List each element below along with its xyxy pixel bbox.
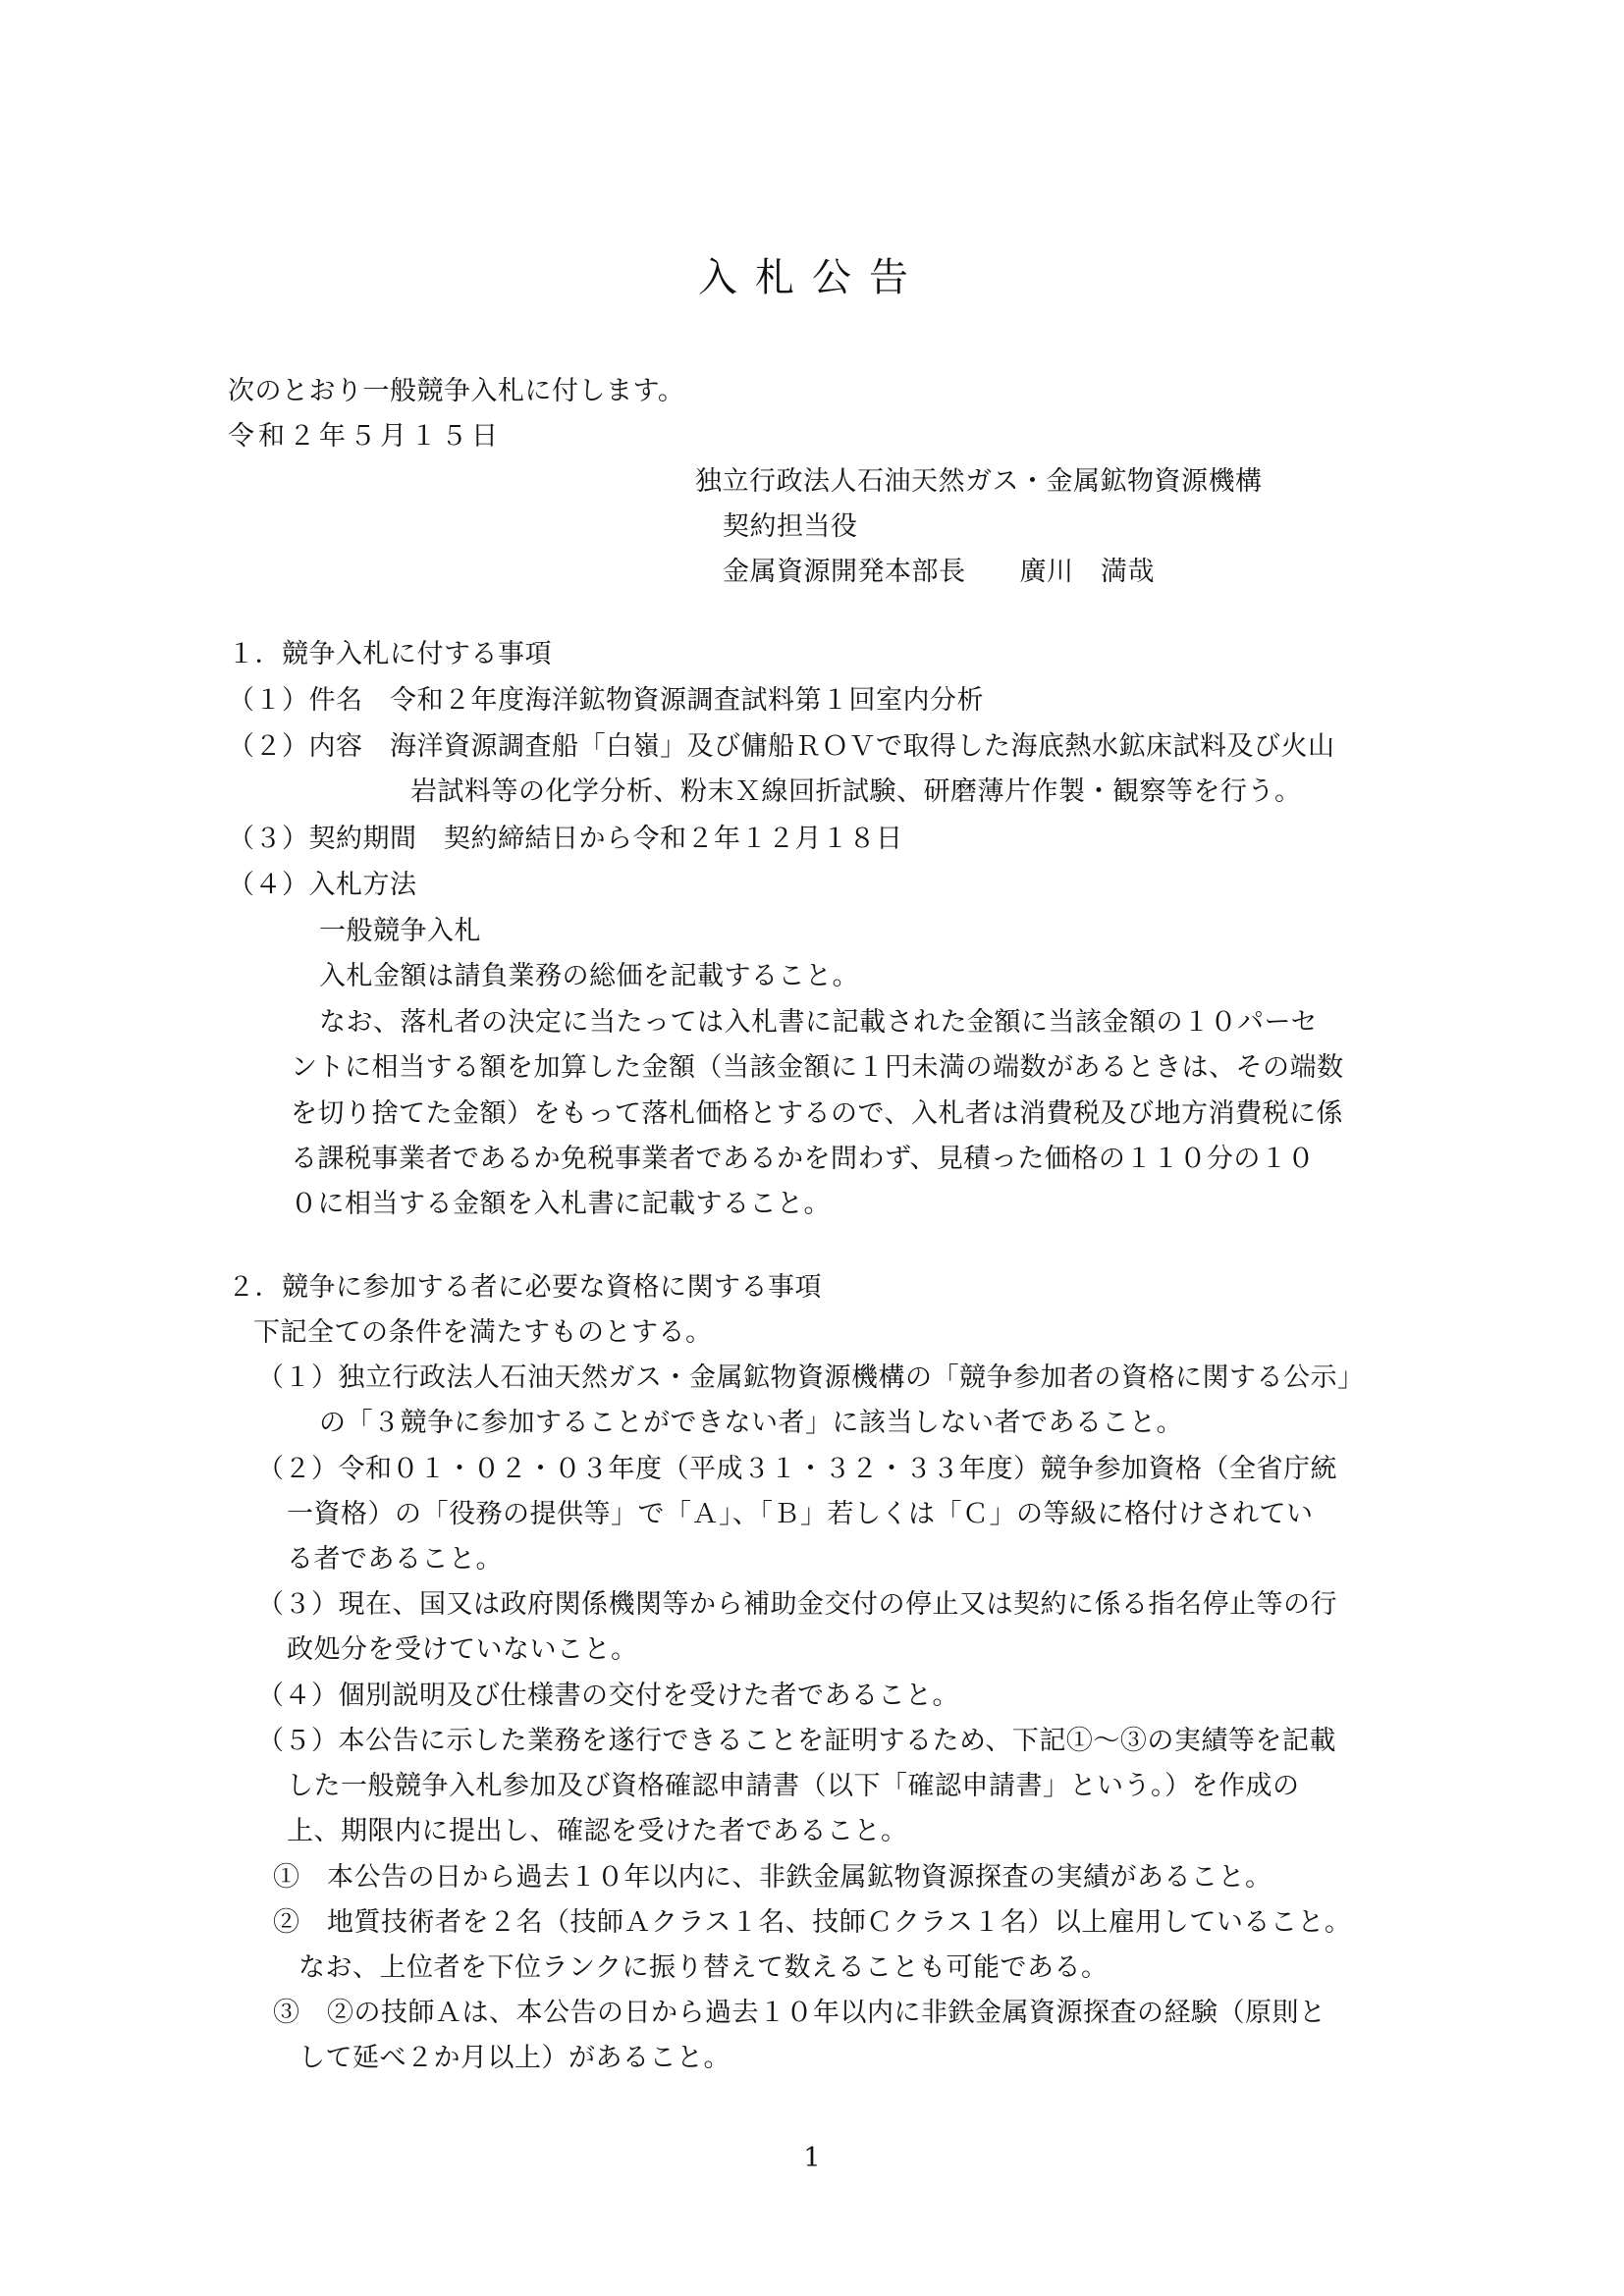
section2-lead: 下記全ての条件を満たすものとする。 <box>253 1316 713 1350</box>
page-title: 入札公告 <box>0 253 1624 302</box>
section2-item3-line: 政処分を受けていないこと。 <box>287 1633 638 1667</box>
section2-item3-line: （３）現在、国又は政府関係機関等から補助金交付の停止又は契約に係る指名停止等の行 <box>257 1588 1337 1622</box>
section1-item1-subject: （１）件名 令和２年度海洋鉱物資源調査試料第１回室内分析 <box>228 684 984 718</box>
section2-item4: （４）個別説明及び仕様書の交付を受けた者であること。 <box>257 1680 959 1713</box>
section1-item2-line1: （２）内容 海洋資源調査船「白嶺」及び傭船ＲＯＶで取得した海底熱水鉱床試料及び火… <box>228 730 1335 764</box>
issuer-name: 金属資源開発本部長 廣川 満哉 <box>723 556 1155 589</box>
issue-date: 令和２年５月１５日 <box>228 420 502 454</box>
section2-sub1: ① 本公告の日から過去１０年以内に、非鉄金属鉱物資源探査の実績があること。 <box>273 1861 1272 1895</box>
section2-item1-line: （１）独立行政法人石油天然ガス・金属鉱物資源機構の「競争参加者の資格に関する公示… <box>257 1362 1365 1395</box>
section2-sub3-line: ③ ②の技師Ａは、本公告の日から過去１０年以内に非鉄金属資源探査の経験（原則と <box>273 1997 1326 2030</box>
section1-item2-line2: 岩試料等の化学分析、粉末Ｘ線回折試験、研磨薄片作製・観察等を行う。 <box>410 775 1302 809</box>
section1-item4-heading: （４）入札方法 <box>228 869 417 902</box>
section1-item4-note-line: を切り捨てた金額）をもって落札価格とするので、入札者は消費税及び地方消費税に係 <box>291 1097 1343 1131</box>
section2-item5-line: した一般競争入札参加及び資格確認申請書（以下「確認申請書」という。）を作成の <box>287 1770 1300 1803</box>
section2-sub2-line: なお、上位者を下位ランクに振り替えて数えることも可能である。 <box>298 1951 1108 1985</box>
page-number: 1 <box>0 2143 1624 2173</box>
issuer-organization: 独立行政法人石油天然ガス・金属鉱物資源機構 <box>695 465 1263 499</box>
section1-item4-note-line: なお、落札者の決定に当たっては入札書に記載された金額に当該金額の１０パーセ <box>319 1006 1318 1040</box>
section1-heading: １．競争入札に付する事項 <box>228 638 552 671</box>
section2-heading: ２．競争に参加する者に必要な資格に関する事項 <box>228 1271 822 1305</box>
document-page: 入札公告 次のとおり一般競争入札に付します。 令和２年５月１５日 独立行政法人石… <box>0 0 1624 2296</box>
section1-item3-period: （３）契約期間 契約締結日から令和２年１２月１８日 <box>228 823 903 856</box>
section2-item2-line: 一資格）の「役務の提供等」で「Ａ」、「Ｂ」若しくは「Ｃ」の等級に格付けされてい <box>287 1498 1314 1531</box>
issuer-role: 契約担当役 <box>723 510 858 544</box>
section2-item5-line: 上、期限内に提出し、確認を受けた者であること。 <box>287 1815 908 1848</box>
section2-sub2-line: ② 地質技術者を２名（技師Ａクラス１名、技師Ｃクラス１名）以上雇用していること。 <box>273 1906 1351 1940</box>
intro-text: 次のとおり一般競争入札に付します。 <box>228 375 684 408</box>
section2-item2-line: （２）令和０１・０２・０３年度（平成３１・３２・３３年度）競争参加資格（全省庁統 <box>257 1453 1337 1486</box>
section2-item5-line: （５）本公告に示した業務を遂行できることを証明するため、下記①～③の実績等を記載 <box>257 1725 1336 1758</box>
section1-item4-note-line: ０に相当する金額を入札書に記載すること。 <box>291 1188 831 1221</box>
section2-item2-line: る者であること。 <box>287 1543 503 1576</box>
section1-item4-note-line: る課税事業者であるか免税事業者であるかを問わず、見積った価格の１１０分の１０ <box>291 1143 1315 1176</box>
section2-sub3-line: して延べ２か月以上）があること。 <box>298 2042 731 2075</box>
section1-item4-amount: 入札金額は請負業務の総価を記載すること。 <box>319 960 859 993</box>
section2-item1-line: の「３競争に参加することができない者」に該当しない者であること。 <box>319 1407 1183 1440</box>
section1-item4-method: 一般競争入札 <box>319 915 481 948</box>
section1-item4-note-line: ントに相当する額を加算した金額（当該金額に１円未満の端数があるときは、その端数 <box>291 1051 1344 1085</box>
